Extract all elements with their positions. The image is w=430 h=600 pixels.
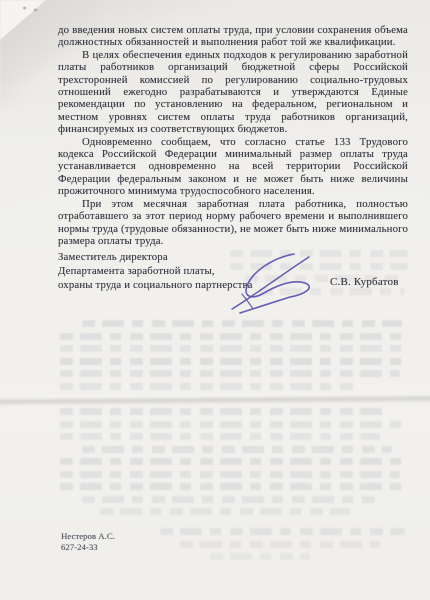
letter-body: до введения новых систем оплаты труда, п…	[58, 24, 408, 247]
bleed-through-artifact	[60, 408, 410, 521]
handwritten-signature	[222, 242, 342, 324]
paragraph: Одновременно сообщаем, что согласно стат…	[58, 136, 408, 198]
bleed-through-artifact	[60, 320, 410, 395]
paragraph: до введения новых систем оплаты труда, п…	[58, 24, 408, 49]
executor-name: Нестеров А.С.	[61, 531, 115, 542]
scan-speck	[34, 9, 37, 11]
scanned-letter-page: до введения новых систем оплаты труда, п…	[0, 0, 430, 600]
signer-name: С.В. Курбатов	[330, 276, 399, 288]
paper-fold-crease	[0, 393, 430, 405]
scan-speck	[23, 7, 26, 9]
executor-phone: 627-24-33	[61, 542, 115, 553]
paragraph: При этом месячная заработная плата работ…	[58, 198, 408, 248]
paragraph: В целях обеспечения единых подходов к ре…	[58, 49, 408, 136]
executor-footer: Нестеров А.С. 627-24-33	[61, 531, 115, 553]
